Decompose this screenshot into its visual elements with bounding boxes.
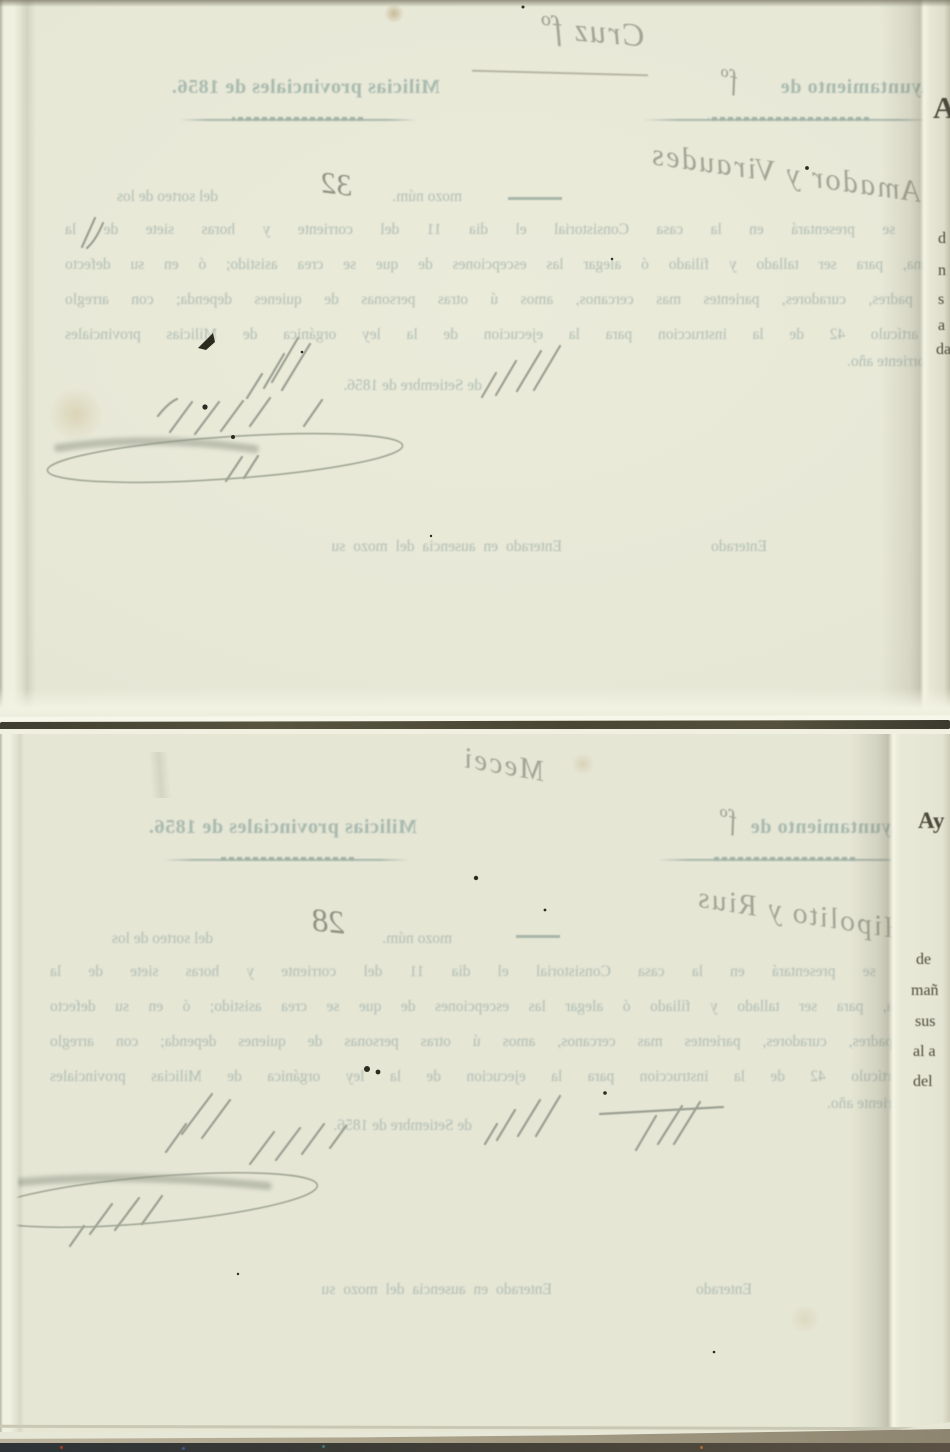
page-bottom-edge-line bbox=[0, 1425, 950, 1430]
handwritten-mozo-number: 28 bbox=[310, 902, 347, 942]
edge-fragment: del bbox=[913, 1073, 933, 1091]
footer-enterado-ausencia: Enterado en ausencia del mozo su bbox=[332, 538, 562, 556]
page-left-edge bbox=[0, 0, 36, 716]
footer-enterado: Enterado bbox=[696, 1281, 752, 1299]
decorative-rule bbox=[163, 857, 409, 863]
date-line: de Setiembre de 1856. bbox=[333, 1117, 472, 1135]
page-top-verso: Cruz fº Ayuntamiento de fº Milicias prov… bbox=[0, 0, 950, 716]
handwritten-annotation: Mecei bbox=[459, 741, 547, 789]
cover-speck bbox=[700, 1446, 703, 1449]
edge-fragment: n bbox=[938, 262, 946, 280]
edge-fragment: Ay bbox=[918, 808, 944, 834]
body-line: mañana, para ser tallado y filiado ó ale… bbox=[50, 989, 908, 1024]
edge-fragment: s bbox=[938, 291, 944, 309]
footer-enterado-ausencia: Enterado en ausencia del mozo su bbox=[322, 1281, 552, 1299]
body-line: años, se presentará en la casa Consistor… bbox=[65, 212, 933, 247]
handwritten-annotation: Cruz fº bbox=[538, 9, 647, 55]
fill-in-dash bbox=[508, 197, 562, 200]
page-bottom-verso: Mecei Ayuntamiento de fº Milicias provin… bbox=[0, 734, 950, 1432]
decorative-rule bbox=[179, 117, 417, 123]
edge-fragment: al a bbox=[913, 1043, 936, 1061]
page-left-edge bbox=[0, 734, 24, 1432]
header-milicias: Milicias provinciales de 1856. bbox=[148, 816, 417, 839]
showthrough-clip: Cruz fº Ayuntamiento de fº Milicias prov… bbox=[0, 0, 933, 716]
date-line: de Setiembre de 1856. bbox=[343, 377, 482, 395]
fill-in-dash bbox=[516, 935, 560, 938]
mozo-num-label: mozo núm. bbox=[392, 188, 462, 206]
body-line: del corriente año. bbox=[65, 344, 933, 379]
body-line: del corriente año. bbox=[50, 1086, 908, 1121]
cover-speck bbox=[60, 1446, 63, 1449]
cover-speck bbox=[182, 1447, 185, 1450]
edge-fragment: a bbox=[938, 317, 945, 335]
showthrough-clip: Mecei Ayuntamiento de fº Milicias provin… bbox=[0, 734, 908, 1432]
body-line: sus padres, curadores, parientes mas cer… bbox=[65, 282, 933, 317]
edge-fragment: d bbox=[938, 230, 946, 248]
handwritten-town-fill: fº bbox=[714, 802, 740, 836]
sorteo-label: del sorteo de los bbox=[117, 188, 218, 206]
edge-fragment: A bbox=[933, 90, 950, 126]
edge-fragment: da bbox=[936, 341, 950, 359]
edge-fragment: sus bbox=[915, 1013, 935, 1031]
mirrored-form-bottom: Mecei Ayuntamiento de fº Milicias provin… bbox=[0, 734, 908, 1432]
page-fold-shadow bbox=[850, 734, 950, 1432]
sorteo-label: del sorteo de los bbox=[112, 930, 213, 948]
handwritten-mozo-number: 32 bbox=[319, 164, 354, 204]
header-milicias: Milicias provinciales de 1856. bbox=[171, 76, 440, 99]
body-line: años, se presentará en la casa Consistor… bbox=[50, 954, 908, 989]
mirrored-form-top: Cruz fº Ayuntamiento de fº Milicias prov… bbox=[0, 0, 933, 716]
body-line: sus padres, curadores, parientes mas cer… bbox=[50, 1024, 908, 1059]
footer-enterado: Enterado bbox=[711, 538, 767, 556]
photo-top-shadow bbox=[0, 0, 950, 7]
document-photo: Cruz fº Ayuntamiento de fº Milicias prov… bbox=[0, 0, 950, 1452]
handwritten-underline-stroke bbox=[472, 70, 648, 77]
book-cover-edge bbox=[0, 1443, 950, 1452]
mozo-num-label: mozo núm. bbox=[382, 930, 452, 948]
body-line: mañana, para ser tallado y filiado ó ale… bbox=[65, 247, 933, 282]
cover-speck bbox=[322, 1445, 325, 1448]
handwritten-town-fill: fº bbox=[715, 62, 741, 96]
edge-fragment: mañ bbox=[911, 982, 939, 1000]
edge-fragment: de bbox=[916, 951, 931, 969]
page-stack-bottom-edge bbox=[0, 1420, 950, 1452]
